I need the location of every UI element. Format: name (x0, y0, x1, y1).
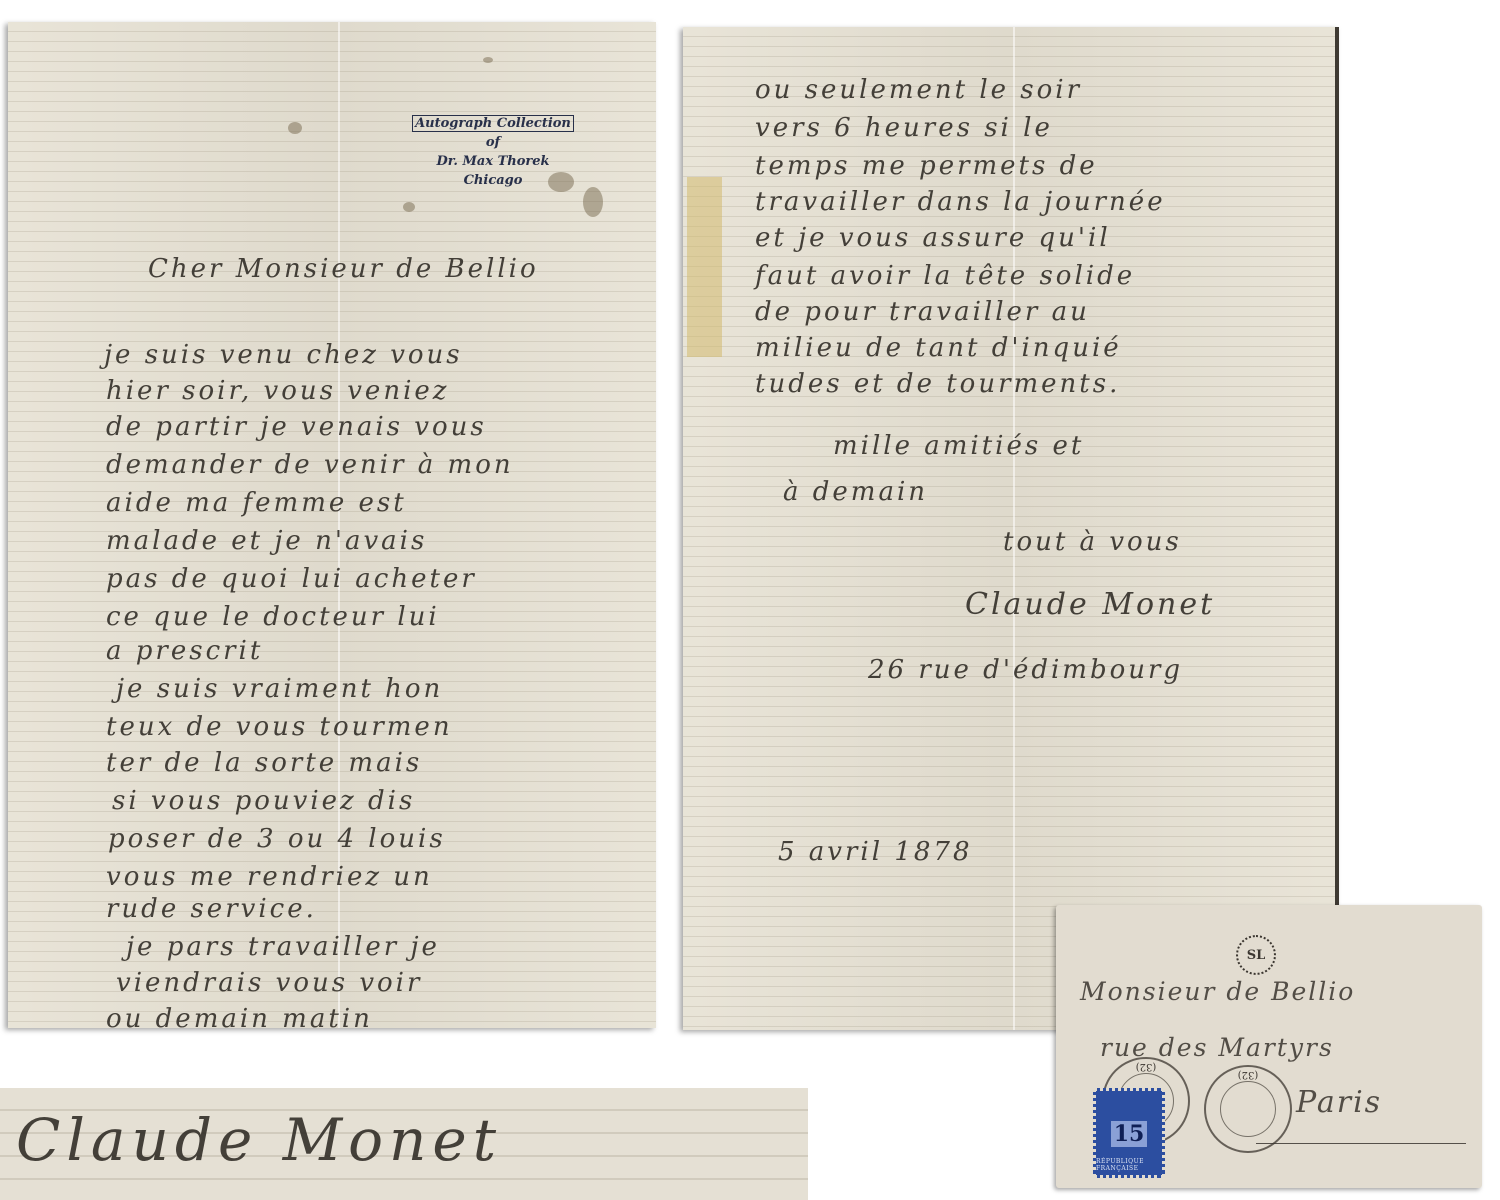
salutation: Cher Monsieur de Bellio (148, 254, 539, 284)
letter-line: aide ma femme est (106, 488, 407, 518)
letter-date: 5 avril 1878 (778, 837, 973, 867)
postmark-code: (32) (1104, 1061, 1188, 1072)
letter-line: a prescrit (106, 636, 263, 666)
postmark-code: (32) (1206, 1069, 1290, 1080)
closing-line: à demain (783, 477, 928, 507)
letter-line: rude service. (106, 894, 317, 924)
letter-line: de partir je venais vous (106, 412, 487, 442)
collector-stamp-line1: Autograph Collection (412, 115, 574, 132)
closing-line: tout à vous (1003, 527, 1182, 557)
letter-line: travailler dans la journée (755, 187, 1166, 217)
letter-line: je pars travailler je (126, 932, 440, 962)
circle-postmark: SL (1236, 935, 1276, 975)
postmark-inner-ring (1220, 1081, 1276, 1137)
letter-line: poser de 3 ou 4 louis (108, 824, 446, 854)
underline (1256, 1143, 1466, 1144)
paper-stain (288, 122, 302, 134)
letter-line: ou demain matin (106, 1004, 373, 1034)
return-address: 26 rue d'édimbourg (868, 655, 1183, 685)
letter-line: hier soir, vous veniez (106, 376, 449, 406)
letter-line: je suis vraiment hon (116, 674, 443, 704)
paper-stain (483, 57, 493, 63)
envelope-address-line: Paris (1296, 1085, 1382, 1120)
tape-residue (687, 177, 722, 357)
letter-page-1: Autograph Collection of Dr. Max Thorek C… (8, 22, 656, 1028)
collector-stamp-line4: Chicago (403, 171, 583, 190)
collector-stamp: Autograph Collection of Dr. Max Thorek C… (403, 114, 583, 190)
letter-line: demander de venir à mon (106, 450, 514, 480)
signature-detail: Claude Monet (0, 1088, 808, 1200)
collector-stamp-line2: of (403, 133, 583, 152)
letter-line: faut avoir la tête solide (755, 261, 1135, 291)
letter-line: pas de quoi lui acheter (106, 564, 477, 594)
closing-line: mille amitiés et (833, 431, 1084, 461)
paper-stain (403, 202, 415, 212)
letter-page-2: ou seulement le soir vers 6 heures si le… (683, 27, 1339, 1030)
letter-line: milieu de tant d'inquié (755, 333, 1122, 363)
letter-line: vers 6 heures si le (755, 113, 1053, 143)
paper-stain (583, 187, 603, 217)
collector-stamp-line3: Dr. Max Thorek (403, 152, 583, 171)
letter-line: et je vous assure qu'il (755, 223, 1111, 253)
signature: Claude Monet (965, 587, 1215, 622)
envelope-address-line: Monsieur de Bellio (1080, 977, 1355, 1006)
letter-line: si vous pouviez dis (112, 786, 415, 816)
letter-line: de pour travailler au (755, 297, 1090, 327)
signature-enlarged: Claude Monet (16, 1106, 502, 1174)
letter-line: ce que le docteur lui (106, 602, 440, 632)
letter-line: malade et je n'avais (106, 526, 427, 556)
postmark-stamp: (32) (1204, 1065, 1292, 1153)
letter-line: viendrais vous voir (116, 968, 422, 998)
letter-line: teux de vous tourmen (106, 712, 453, 742)
postage-stamp: 15 RÉPUBLIQUE FRANÇAISE (1093, 1088, 1165, 1178)
stamp-value: 15 (1111, 1121, 1148, 1147)
letter-line: je suis venu chez vous (104, 340, 463, 370)
letter-line: ou seulement le soir (755, 75, 1082, 105)
stamp-caption: RÉPUBLIQUE FRANÇAISE (1096, 1158, 1162, 1172)
letter-line: temps me permets de (755, 151, 1098, 181)
letter-line: tudes et de tourments. (755, 369, 1120, 399)
letter-line: ter de la sorte mais (106, 748, 422, 778)
letter-line: vous me rendriez un (106, 862, 433, 892)
